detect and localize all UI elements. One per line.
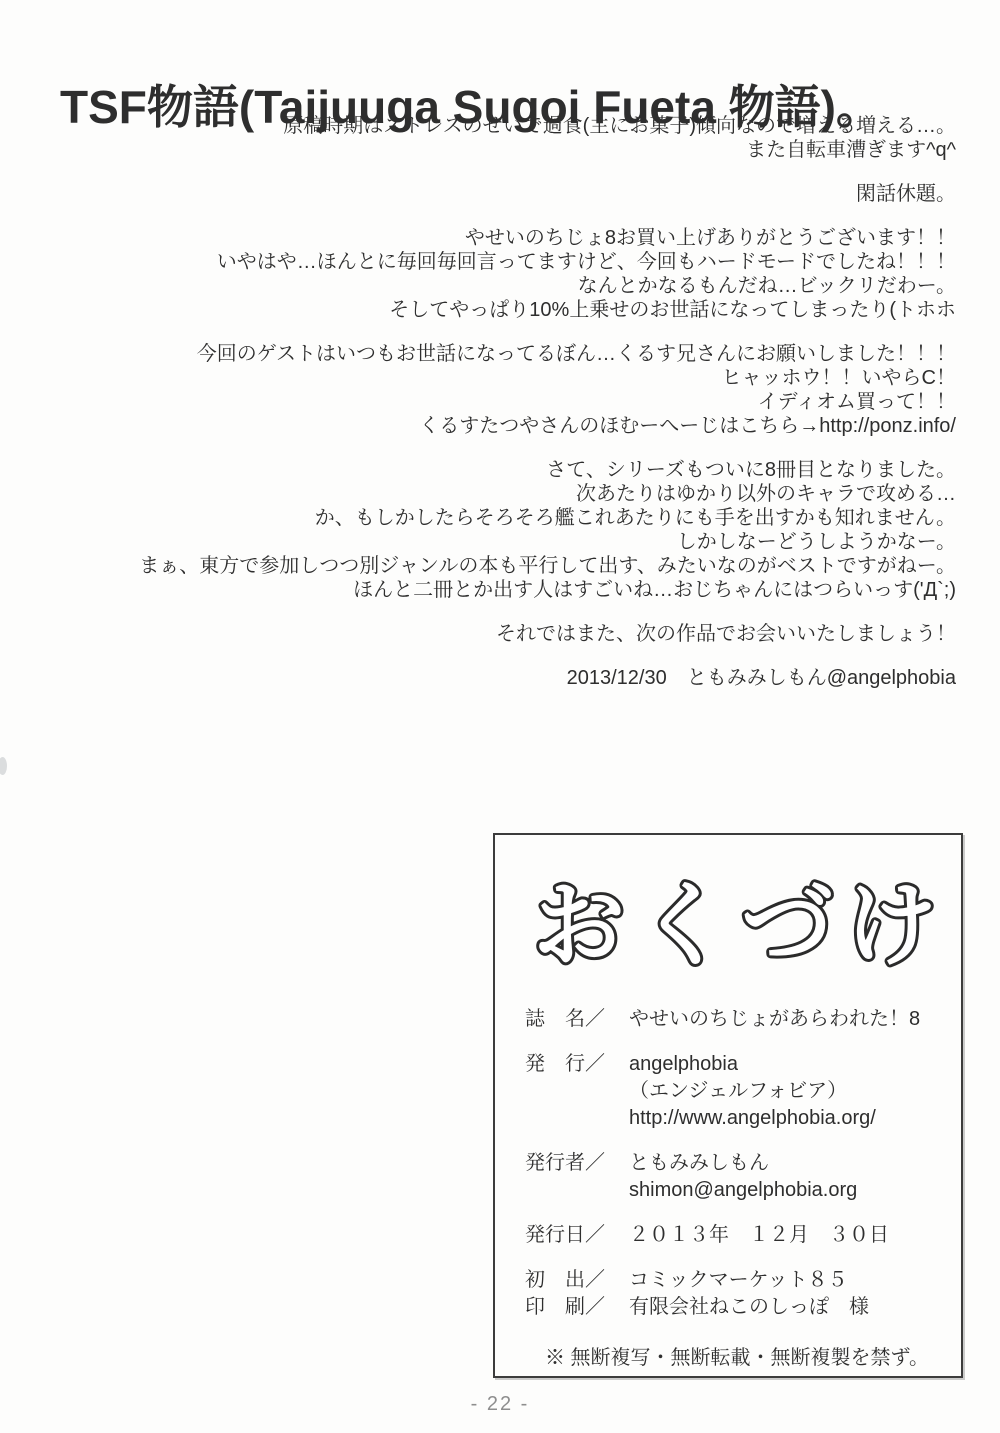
colophon-row-label: 発 行／ xyxy=(525,1051,629,1132)
text-line: なんとかなるもんだね…ビックリだわー。 xyxy=(0,274,956,298)
text-block: やせいのちじょ8お買い上げありがとうございます！！いやはや…ほんとに毎回毎回言っ… xyxy=(0,226,956,322)
text-line: ほんと二冊とか出す人はすごいね…おじちゃんにはつらいっす('Д`;) xyxy=(0,578,956,602)
colophon-row-label: 発行者／ xyxy=(525,1150,629,1204)
page-number: - 22 - xyxy=(0,1393,1000,1416)
colophon-row: 誌 名／やせいのちじょがあらわれた！8 xyxy=(525,1006,947,1033)
text-block: 原稿時期はストレスのせいで過食(主にお菓子)傾向なので増える増える…。また自転車… xyxy=(0,114,956,162)
text-line: そしてやっぱり10%上乗せのお世話になってしまったり(トホホ xyxy=(0,298,956,322)
colophon-value-line: コミックマーケット８５ xyxy=(629,1267,848,1294)
colophon-row: 印 刷／有限会社ねこのしっぽ 様 xyxy=(525,1294,947,1321)
colophon-value-line: 有限会社ねこのしっぽ 様 xyxy=(629,1294,869,1321)
colophon-rows: 誌 名／やせいのちじょがあらわれた！8発 行／angelphobia（エンジェル… xyxy=(525,1006,947,1321)
colophon-value-line: ２０１３年 １２月 ３０日 xyxy=(629,1222,889,1249)
colophon-row: 発行者／ともみみしもんshimon@angelphobia.org xyxy=(525,1150,947,1204)
text-line: ヒャッホウ！！いやらC！ xyxy=(0,366,956,390)
text-block: 今回のゲストはいつもお世話になってるぼん…くるす兄さんにお願いしました！！！ヒャ… xyxy=(0,342,956,438)
colophon-row: 発 行／angelphobia（エンジェルフォビア）http://www.ang… xyxy=(525,1051,947,1132)
body-text: 原稿時期はストレスのせいで過食(主にお菓子)傾向なので増える増える…。また自転車… xyxy=(0,114,956,710)
colophon-row-values: やせいのちじょがあらわれた！8 xyxy=(629,1006,920,1033)
text-line: それではまた、次の作品でお会いいたしましょう！ xyxy=(0,622,956,646)
colophon-value-line: やせいのちじょがあらわれた！8 xyxy=(629,1006,920,1033)
text-block: 閑話休題。 xyxy=(0,182,956,206)
colophon-heading-art: おくづけ xyxy=(527,853,947,991)
text-line: か、もしかしたらそろそろ艦これあたりにも手を出すかも知れません。 xyxy=(0,506,956,530)
colophon-value-line: （エンジェルフォビア） xyxy=(629,1078,876,1105)
text-line: やせいのちじょ8お買い上げありがとうございます！！ xyxy=(0,226,956,250)
text-line: 2013/12/30 ともみみしもん@angelphobia xyxy=(0,666,956,690)
text-line: いやはや…ほんとに毎回毎回言ってますけど、今回もハードモードでしたね！！！ xyxy=(0,250,956,274)
text-line: さて、シリーズもついに8冊目となりました。 xyxy=(0,458,956,482)
colophon-row: 初 出／コミックマーケット８５ xyxy=(525,1267,947,1294)
text-line: また自転車漕ぎます^q^ xyxy=(0,138,956,162)
colophon-row-label: 発行日／ xyxy=(525,1222,629,1249)
text-line: しかしなーどうしようかなー。 xyxy=(0,530,956,554)
colophon-row: 発行日／２０１３年 １２月 ３０日 xyxy=(525,1222,947,1249)
colophon-row-label: 初 出／ xyxy=(525,1267,629,1294)
colophon-box: おくづけ 誌 名／やせいのちじょがあらわれた！8発 行／angelphobia（… xyxy=(493,833,963,1378)
text-line: くるすたつやさんのほむーへーじはこちら→http://ponz.info/ xyxy=(0,414,956,438)
text-line: 次あたりはゆかり以外のキャラで攻める… xyxy=(0,482,956,506)
colophon-value-line: http://www.angelphobia.org/ xyxy=(629,1105,876,1132)
colophon-row-values: ともみみしもんshimon@angelphobia.org xyxy=(629,1150,857,1204)
colophon-row-values: 有限会社ねこのしっぽ 様 xyxy=(629,1294,869,1321)
scanned-afterword-page: TSF物語(Taijuuga Sugoi Fueta 物語)。 原稿時期はストレ… xyxy=(0,0,1000,1433)
colophon-notice: ※ 無断複写・無断転載・無断複製を禁ず。 xyxy=(525,1341,947,1370)
text-block: それではまた、次の作品でお会いいたしましょう！ xyxy=(0,622,956,646)
text-block: 2013/12/30 ともみみしもん@angelphobia xyxy=(0,666,956,690)
colophon-row-label: 誌 名／ xyxy=(525,1006,629,1033)
text-line: 原稿時期はストレスのせいで過食(主にお菓子)傾向なので増える増える…。 xyxy=(0,114,956,138)
colophon-value-line: ともみみしもん xyxy=(629,1150,857,1177)
text-block: さて、シリーズもついに8冊目となりました。次あたりはゆかり以外のキャラで攻める…… xyxy=(0,458,956,602)
text-line: 今回のゲストはいつもお世話になってるぼん…くるす兄さんにお願いしました！！！ xyxy=(0,342,956,366)
text-line: まぁ、東方で参加しつつ別ジャンルの本も平行して出す、みたいなのがベストですがねー… xyxy=(0,554,956,578)
text-line: 閑話休題。 xyxy=(0,182,956,206)
colophon-value-line: angelphobia xyxy=(629,1051,876,1078)
text-line: イディオム買って！！ xyxy=(0,390,956,414)
colophon-value-line: shimon@angelphobia.org xyxy=(629,1177,857,1204)
scan-edge-artifact xyxy=(0,757,7,775)
colophon-heading-wrap: おくづけ xyxy=(527,853,947,996)
colophon-row-values: ２０１３年 １２月 ３０日 xyxy=(629,1222,889,1249)
colophon-row-values: angelphobia（エンジェルフォビア）http://www.angelph… xyxy=(629,1051,876,1132)
colophon-row-label: 印 刷／ xyxy=(525,1294,629,1321)
colophon-row-values: コミックマーケット８５ xyxy=(629,1267,848,1294)
colophon-heading: おくづけ xyxy=(533,875,947,977)
